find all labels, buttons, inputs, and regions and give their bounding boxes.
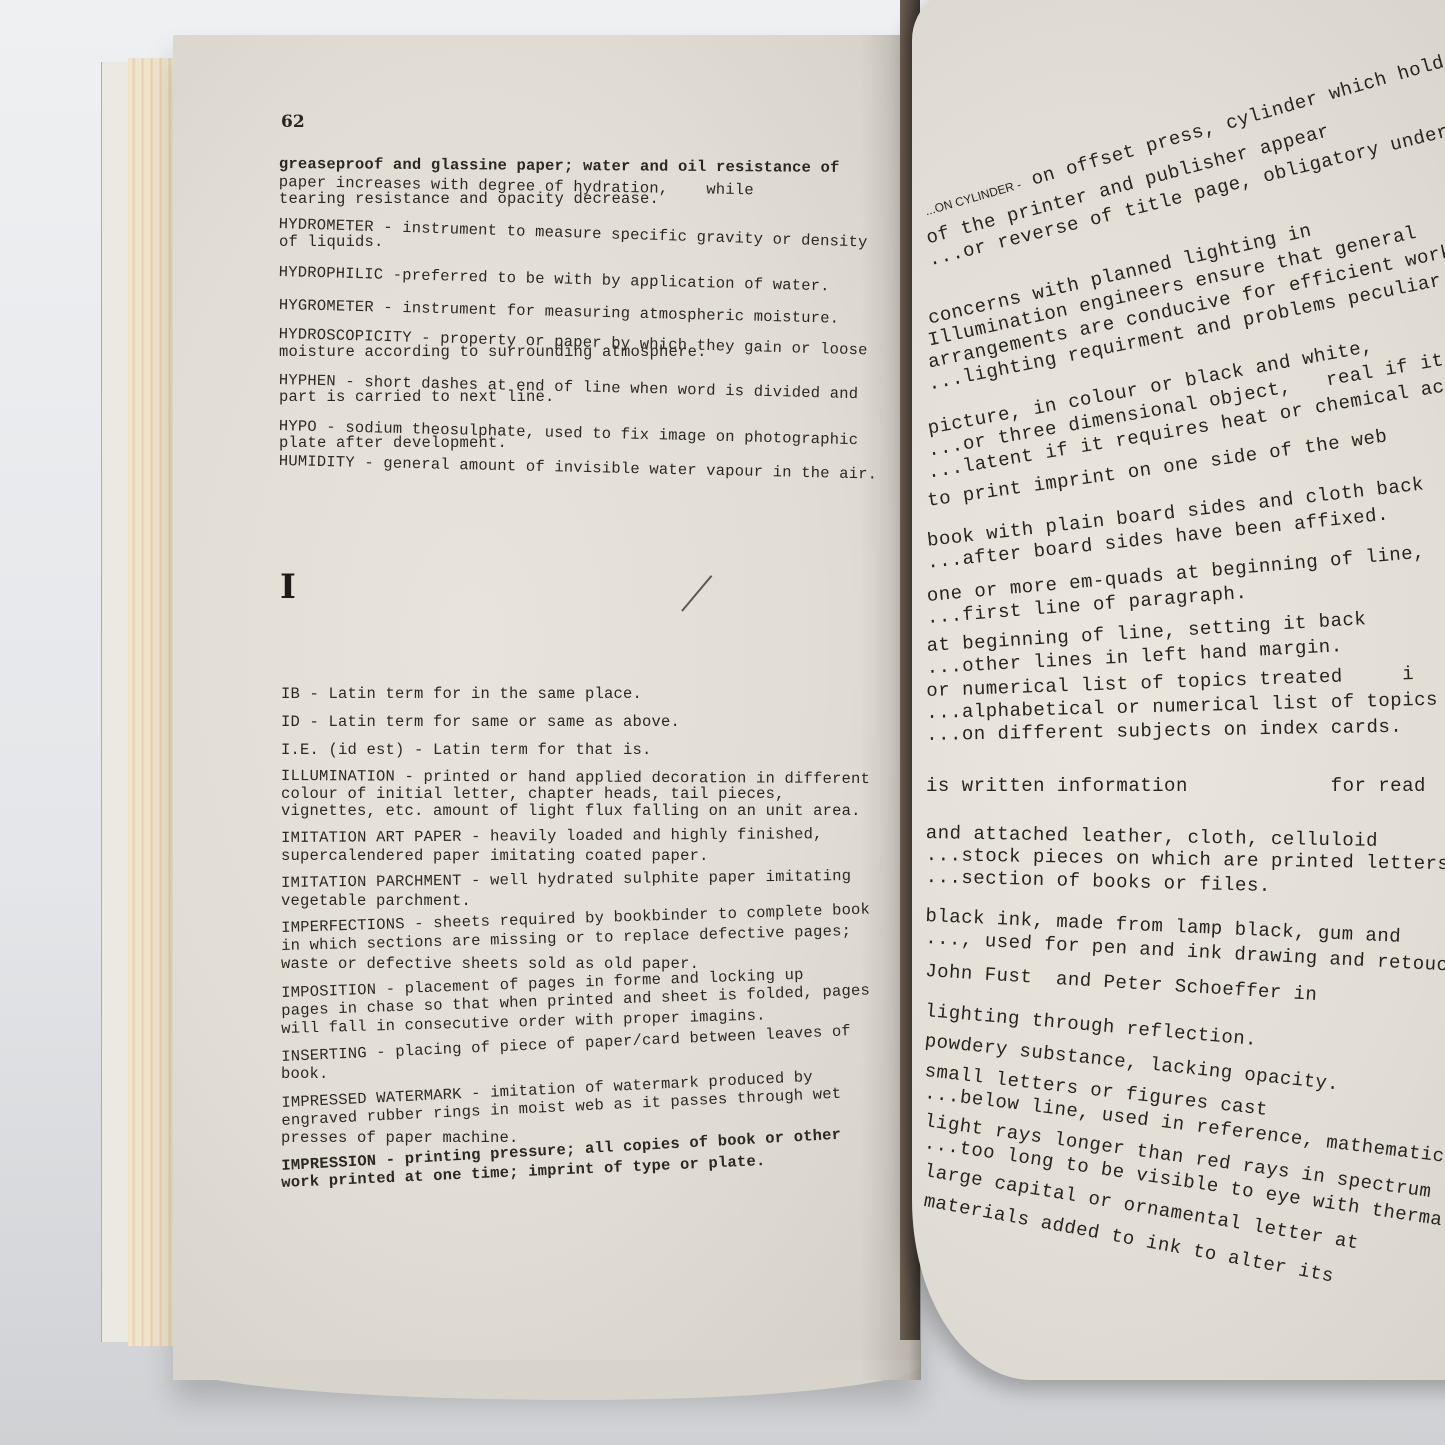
glossary-entry-line: waste or defective sheets sold as old pa… bbox=[281, 956, 699, 972]
continuation-line: greaseproof and glassine paper; water an… bbox=[279, 156, 840, 176]
page-block-edge bbox=[128, 58, 177, 1346]
glossary-entry-line: John Fust and Peter Schoeffer in bbox=[925, 960, 1318, 1006]
page-number: 62 bbox=[281, 112, 305, 132]
glossary-entry-line: presses of paper machine. bbox=[281, 1130, 519, 1146]
glossary-entry-line: vignettes, etc. amount of light flux fal… bbox=[281, 803, 861, 819]
glossary-entry-ie: I.E. (id est) - Latin term for that is. bbox=[281, 742, 652, 758]
glossary-entry-line: book. bbox=[281, 1066, 329, 1082]
glossary-entry-id: ID - Latin term for same or same as abov… bbox=[281, 714, 680, 730]
book-photo: 62 greaseproof and glassine paper; water… bbox=[0, 0, 1445, 1445]
glossary-entry-line: colour of initial letter, chapter heads,… bbox=[281, 786, 785, 802]
glossary-entry-line: moisture according to surrounding atmosp… bbox=[279, 344, 707, 360]
section-letter-heading: I bbox=[280, 567, 296, 607]
right-page-text: ...ON CYLINDER - on offset press, cylind… bbox=[912, 0, 1445, 1445]
glossary-entry-imitation-art-paper: IMITATION ART PAPER - heavily loaded and… bbox=[281, 826, 823, 846]
glossary-entry-line: part is carried to next line. bbox=[279, 389, 555, 405]
glossary-entry-ib: IB - Latin term for in the same place. bbox=[281, 686, 642, 702]
glossary-entry-line: vegetable parchment. bbox=[281, 893, 471, 909]
glossary-entry-line: supercalendered paper imitating coated p… bbox=[281, 848, 709, 864]
left-page-bottom-curve bbox=[173, 1360, 921, 1400]
glossary-entry-line: of liquids. bbox=[279, 234, 384, 250]
continuation-line: tearing resistance and opacity decrease. bbox=[279, 191, 659, 207]
glossary-entry-line: is written information for read bbox=[926, 775, 1426, 797]
glossary-entry-line: plate after development. bbox=[279, 435, 507, 451]
